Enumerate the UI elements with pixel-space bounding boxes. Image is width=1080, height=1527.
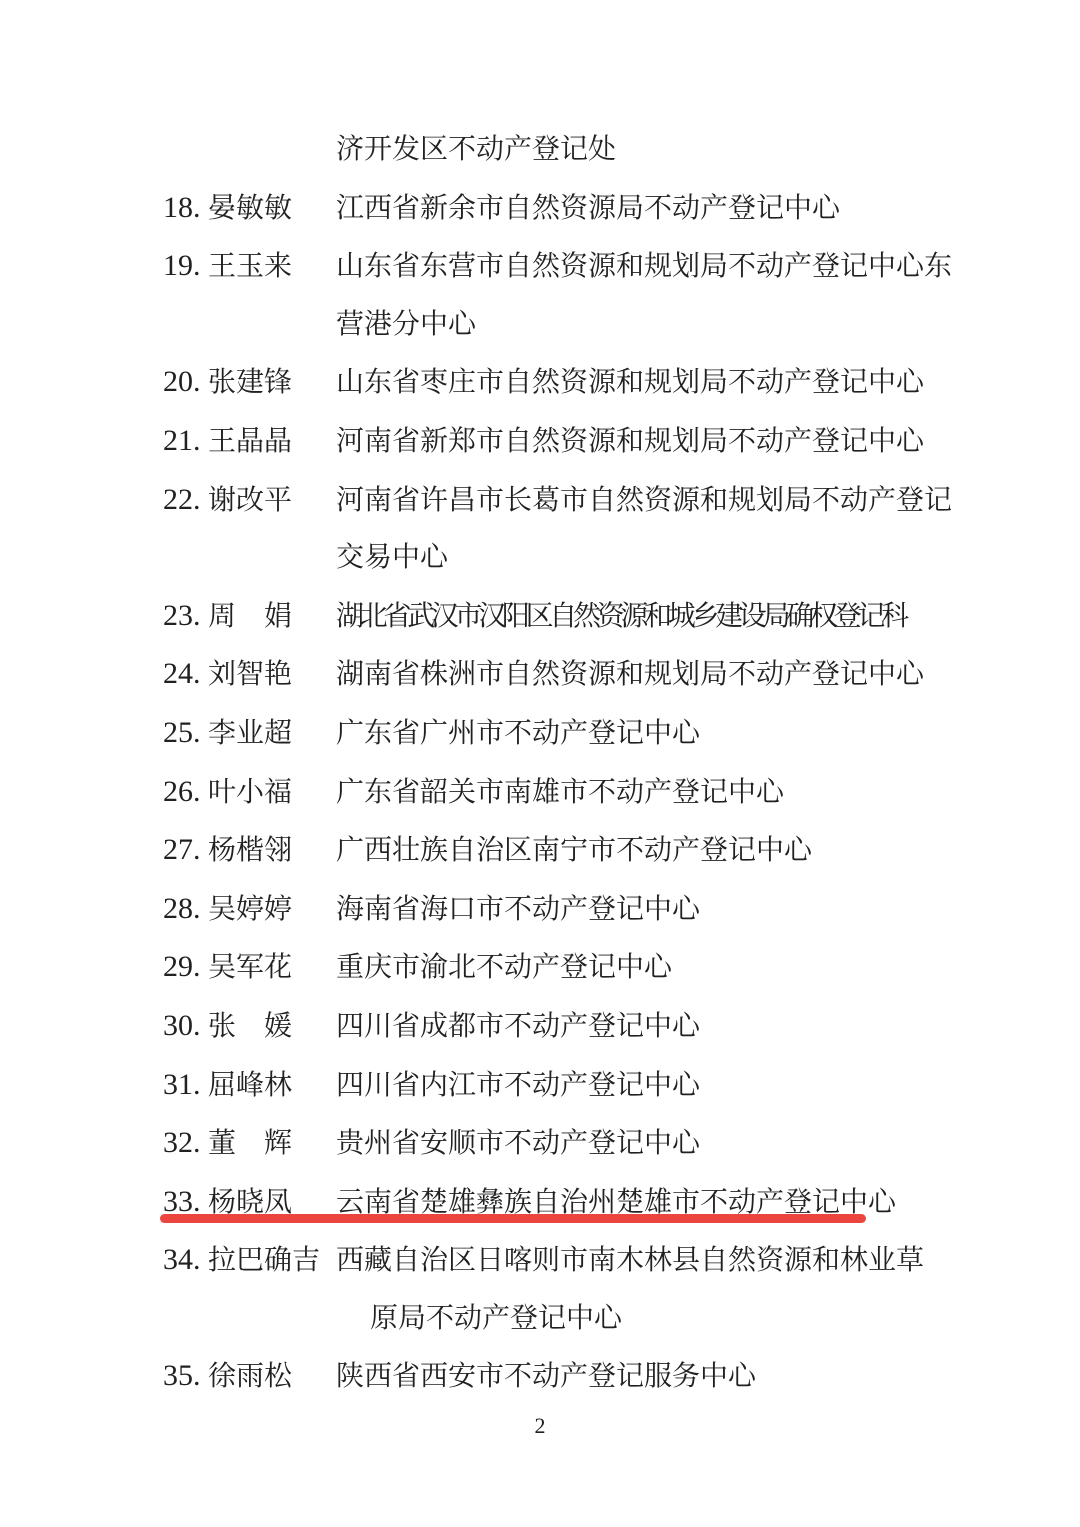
list-item: 31. 屈峰林 四川省内江市不动产登记中心 [163,1056,1013,1115]
list-item: 19. 王玉来 山东省东营市自然资源和规划局不动产登记中心东营港分中心 [163,237,1013,353]
item-organization: 陕西省西安市不动产登记服务中心 [336,1348,1013,1406]
organization-line: 原局不动产登记中心 [336,1290,1013,1348]
item-name: 董 辉 [208,1115,336,1173]
item-name: 吴军花 [208,939,336,997]
list-item: 21. 王晶晶 河南省新郑市自然资源和规划局不动产登记中心 [163,412,1013,471]
list-item: 33. 杨晓凤 云南省楚雄彝族自治州楚雄市不动产登记中心 [163,1173,1013,1232]
organization-line: 四川省内江市不动产登记中心 [336,1057,1013,1115]
list-item: 24. 刘智艳 湖南省株洲市自然资源和规划局不动产登记中心 [163,645,1013,704]
organization-line: 广西壮族自治区南宁市不动产登记中心 [336,822,1013,880]
list-item: 28. 吴婷婷 海南省海口市不动产登记中心 [163,880,1013,939]
organization-line: 贵州省安顺市不动产登记中心 [336,1115,1013,1173]
page-number: 2 [0,1412,1080,1440]
item-name: 吴婷婷 [208,881,336,939]
organization-line: 江西省新余市自然资源局不动产登记中心 [336,180,1013,238]
registrant-list: 济开发区不动产登记处 18. 晏敏敏 江西省新余市自然资源局不动产登记中心 19… [163,121,1013,1406]
list-item: 18. 晏敏敏 江西省新余市自然资源局不动产登记中心 [163,179,1013,238]
organization-line: 云南省楚雄彝族自治州楚雄市不动产登记中心 [336,1174,1013,1232]
item-name: 杨楷翎 [208,822,336,880]
organization-line: 广东省广州市不动产登记中心 [336,705,1013,763]
item-organization: 广东省韶关市南雄市不动产登记中心 [336,764,1013,822]
item-organization: 河南省新郑市自然资源和规划局不动产登记中心 [336,413,1013,471]
item-number: 21. [163,412,208,470]
list-item: 29. 吴军花 重庆市渝北不动产登记中心 [163,938,1013,997]
item-number: 34. [163,1231,208,1289]
item-organization: 江西省新余市自然资源局不动产登记中心 [336,180,1013,238]
list-item: 32. 董 辉 贵州省安顺市不动产登记中心 [163,1114,1013,1173]
document-page: 济开发区不动产登记处 18. 晏敏敏 江西省新余市自然资源局不动产登记中心 19… [0,0,1080,1527]
item-organization: 四川省内江市不动产登记中心 [336,1057,1013,1115]
item-organization: 山东省东营市自然资源和规划局不动产登记中心东营港分中心 [336,238,1013,353]
item-name: 谢改平 [208,472,336,530]
organization-line: 河南省新郑市自然资源和规划局不动产登记中心 [336,413,1013,471]
item-number: 22. [163,471,208,529]
item-organization: 云南省楚雄彝族自治州楚雄市不动产登记中心 [336,1174,1013,1232]
item-name: 王玉来 [208,238,336,296]
organization-line: 山东省枣庄市自然资源和规划局不动产登记中心 [336,354,1013,412]
item-number: 26. [163,763,208,821]
item-name: 王晶晶 [208,413,336,471]
item-organization: 广东省广州市不动产登记中心 [336,705,1013,763]
item-name: 杨晓凤 [208,1174,336,1232]
list-item: 25. 李业超 广东省广州市不动产登记中心 [163,704,1013,763]
organization-line: 重庆市渝北不动产登记中心 [336,939,1013,997]
item-name: 刘智艳 [208,646,336,704]
item-organization: 广西壮族自治区南宁市不动产登记中心 [336,822,1013,880]
item-name: 李业超 [208,705,336,763]
item-number: 18. [163,179,208,237]
organization-line: 济开发区不动产登记处 [336,121,1013,179]
item-number: 27. [163,821,208,879]
list-item: 27. 杨楷翎 广西壮族自治区南宁市不动产登记中心 [163,821,1013,880]
list-item: 23. 周 娟 湖北省武汉市汉阳区自然资源和城乡建设局确权登记科 [163,587,1013,646]
organization-line: 陕西省西安市不动产登记服务中心 [336,1348,1013,1406]
organization-line: 海南省海口市不动产登记中心 [336,881,1013,939]
item-number: 19. [163,237,208,295]
item-number: 35. [163,1347,208,1405]
item-name: 屈峰林 [208,1057,336,1115]
list-item: 22. 谢改平 河南省许昌市长葛市自然资源和规划局不动产登记交易中心 [163,471,1013,587]
organization-line: 湖南省株洲市自然资源和规划局不动产登记中心 [336,646,1013,704]
organization-line: 河南省许昌市长葛市自然资源和规划局不动产登记 [336,472,1013,530]
organization-line: 西藏自治区日喀则市南木林县自然资源和林业草 [336,1232,1013,1290]
list-item: 35. 徐雨松 陕西省西安市不动产登记服务中心 [163,1347,1013,1406]
item-name: 张 媛 [208,998,336,1056]
item-number: 33. [163,1173,208,1231]
item-organization: 西藏自治区日喀则市南木林县自然资源和林业草原局不动产登记中心 [336,1232,1013,1347]
item-organization: 重庆市渝北不动产登记中心 [336,939,1013,997]
item-organization: 湖南省株洲市自然资源和规划局不动产登记中心 [336,646,1013,704]
list-item: 20. 张建锋 山东省枣庄市自然资源和规划局不动产登记中心 [163,353,1013,412]
item-number: 31. [163,1056,208,1114]
list-item: 26. 叶小福 广东省韶关市南雄市不动产登记中心 [163,763,1013,822]
organization-line: 四川省成都市不动产登记中心 [336,998,1013,1056]
item-organization: 山东省枣庄市自然资源和规划局不动产登记中心 [336,354,1013,412]
organization-line: 营港分中心 [336,296,1013,354]
item-organization: 海南省海口市不动产登记中心 [336,881,1013,939]
item-organization: 河南省许昌市长葛市自然资源和规划局不动产登记交易中心 [336,472,1013,587]
item-number: 25. [163,704,208,762]
list-item: 34. 拉巴确吉 西藏自治区日喀则市南木林县自然资源和林业草原局不动产登记中心 [163,1231,1013,1347]
item-number: 20. [163,353,208,411]
organization-line: 广东省韶关市南雄市不动产登记中心 [336,764,1013,822]
item-number: 29. [163,938,208,996]
organization-line: 山东省东营市自然资源和规划局不动产登记中心东 [336,238,1013,296]
item-number: 28. [163,880,208,938]
item-organization: 济开发区不动产登记处 [336,121,1013,179]
item-organization: 湖北省武汉市汉阳区自然资源和城乡建设局确权登记科 [336,588,1013,646]
item-number: 24. [163,645,208,703]
organization-line: 交易中心 [336,529,1013,587]
item-number: 23. [163,587,208,645]
list-item: 30. 张 媛 四川省成都市不动产登记中心 [163,997,1013,1056]
item-organization: 四川省成都市不动产登记中心 [336,998,1013,1056]
item-name: 周 娟 [208,588,336,646]
item-name: 拉巴确吉 [208,1232,336,1290]
item-name: 晏敏敏 [208,180,336,238]
item-name: 叶小福 [208,764,336,822]
continuation-line: 济开发区不动产登记处 [163,121,1013,179]
item-number: 30. [163,997,208,1055]
item-name: 徐雨松 [208,1348,336,1406]
item-name: 张建锋 [208,354,336,412]
organization-line: 湖北省武汉市汉阳区自然资源和城乡建设局确权登记科 [336,588,1013,646]
item-number: 32. [163,1114,208,1172]
item-organization: 贵州省安顺市不动产登记中心 [336,1115,1013,1173]
